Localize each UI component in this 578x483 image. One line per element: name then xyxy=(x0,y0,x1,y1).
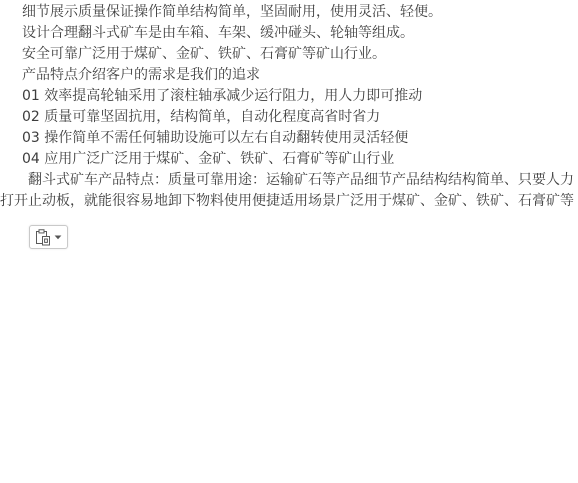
chevron-down-icon xyxy=(54,235,62,240)
paragraph-feature-04[interactable]: 04 应用广泛广泛用于煤矿、金矿、铁矿、石膏矿等矿山行业 xyxy=(0,149,578,170)
paragraph-safety[interactable]: 安全可靠广泛用于煤矿、金矿、铁矿、石膏矿等矿山行业。 xyxy=(0,44,578,65)
paragraph-features-heading[interactable]: 产品特点介绍客户的需求是我们的追求 xyxy=(0,65,578,86)
paragraph-design[interactable]: 设计合理翻斗式矿车是由车箱、车架、缓冲碰头、轮轴等组成。 xyxy=(0,23,578,44)
document-page: 细节展示质量保证操作简单结构简单，坚固耐用，使用灵活、轻便。 设计合理翻斗式矿车… xyxy=(0,0,578,483)
paragraph-feature-01[interactable]: 01 效率提高轮轴采用了滚柱轴承减少运行阻力，用人力即可推动 xyxy=(0,86,578,107)
paste-options-button[interactable] xyxy=(29,225,68,249)
clipboard-paste-icon xyxy=(35,229,51,246)
paragraph-detail-intro[interactable]: 细节展示质量保证操作简单结构简单，坚固耐用，使用灵活、轻便。 xyxy=(0,2,578,23)
paragraph-summary[interactable]: 翻斗式矿车产品特点：质量可靠用途：运输矿石等产品细节产品结构结构简单、只要人力打… xyxy=(0,170,578,212)
paragraph-feature-03[interactable]: 03 操作简单不需任何辅助设施可以左右自动翻转使用灵活轻便 xyxy=(0,128,578,149)
paragraph-feature-02[interactable]: 02 质量可靠坚固抗用，结构简单，自动化程度高省时省力 xyxy=(0,107,578,128)
document-text-area[interactable]: 细节展示质量保证操作简单结构简单，坚固耐用，使用灵活、轻便。 设计合理翻斗式矿车… xyxy=(0,2,578,212)
